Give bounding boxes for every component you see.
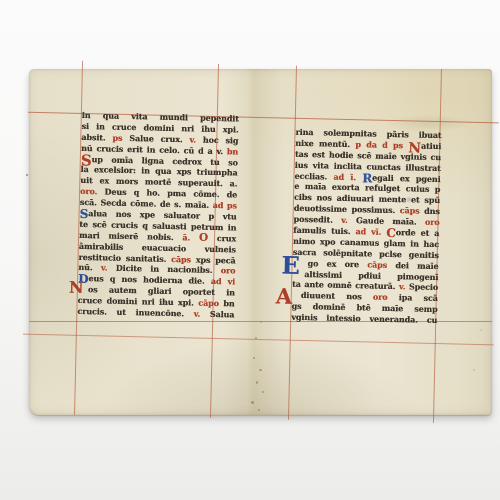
text-segment: cāpo [198, 298, 223, 309]
illuminated-initial: E [281, 253, 300, 277]
dirt-fleck [258, 409, 260, 411]
illuminated-initial: N [69, 280, 84, 296]
text-segment: famulis tuis. [293, 225, 355, 236]
text-segment: v. [399, 282, 409, 292]
text-segment: ad ps [213, 200, 237, 211]
text-segment: p da d ps [355, 139, 408, 150]
text-segment: hoc sig [203, 134, 239, 145]
text-segment: crux [208, 233, 236, 244]
text-segment: v. [194, 309, 210, 319]
text-column-left: in qua vita mundi pependitsi in cruce do… [77, 110, 239, 320]
manuscript-text-line: vginis intessio veneranda. cu [291, 312, 437, 326]
dirt-fleck [480, 329, 482, 331]
text-segment: Specio [409, 282, 438, 293]
text-segment: cāps [171, 254, 196, 265]
text-segment: v. [341, 215, 356, 225]
text-segment: v. [101, 263, 116, 273]
text-segment: ipa scā [399, 293, 438, 304]
text-segment: go ex ore [307, 258, 367, 269]
dirt-fleck [259, 369, 262, 371]
text-segment: nixe mentū. [295, 138, 355, 149]
illuminated-initial: A [276, 285, 293, 306]
text-segment: Deus q ho. [104, 187, 167, 198]
dirt-fleck [260, 321, 262, 323]
dust-fleck [26, 174, 28, 176]
text-segment: ad vī. [355, 226, 386, 237]
text-segment: nū. [78, 262, 101, 273]
manuscript-text-line: crucis. ut inuencōne. v. Salua [77, 306, 234, 320]
text-segment: egali ex pgeni [372, 172, 441, 184]
text-segment: Salua [210, 309, 235, 320]
text-segment: ad vi [211, 276, 236, 287]
text-segment: Salue crux. [129, 133, 189, 144]
dirt-fleck [262, 391, 264, 393]
text-segment: orde et a [396, 227, 440, 238]
text-segment: xps pecā [196, 254, 236, 265]
ruling-grid: in qua vita mundi pependitsi in cruce do… [25, 64, 496, 420]
text-segment: possedit. [293, 214, 341, 225]
text-column-right: rina solempnitas pāris ibuatnixe mentū. … [291, 127, 441, 326]
manuscript-bifolium: in qua vita mundi pependitsi in cruce do… [29, 69, 492, 415]
text-segment: ps [112, 132, 129, 142]
text-segment: dns [424, 206, 440, 216]
text-segment: ā. [182, 232, 199, 242]
dirt-fleck [251, 401, 254, 404]
text-segment: cāps [367, 259, 395, 270]
dirt-fleck [473, 369, 475, 371]
text-segment: v. [189, 134, 203, 144]
text-segment: oro. [80, 186, 105, 197]
text-segment: diuuent nos [301, 290, 373, 302]
dirt-fleck [256, 381, 258, 384]
text-segment: bn [223, 298, 234, 308]
text-segment: absit. [81, 132, 112, 143]
text-segment: dei maīe [395, 260, 438, 271]
text-segment: atiui [421, 141, 442, 151]
text-segment: crucis. ut inuencōne. [77, 306, 194, 319]
text-segment: oro [221, 266, 236, 276]
photo-background: in qua vita mundi pependitsi in cruce do… [0, 0, 500, 500]
text-segment: pma cōme. de [167, 188, 237, 200]
dirt-fleck [255, 337, 257, 339]
text-segment: cāps [400, 205, 425, 216]
text-segment: oro [373, 292, 399, 303]
text-segment: O [199, 231, 208, 243]
ruling-line-horizontal-margin [23, 334, 494, 346]
dirt-fleck [253, 357, 255, 359]
text-segment: oro [425, 217, 440, 227]
text-segment: ecclias. [294, 170, 333, 181]
text-segment: vginis intessio veneranda. cu [291, 312, 437, 325]
text-segment: ad ī. [333, 171, 362, 182]
text-segment: bn [227, 146, 238, 156]
